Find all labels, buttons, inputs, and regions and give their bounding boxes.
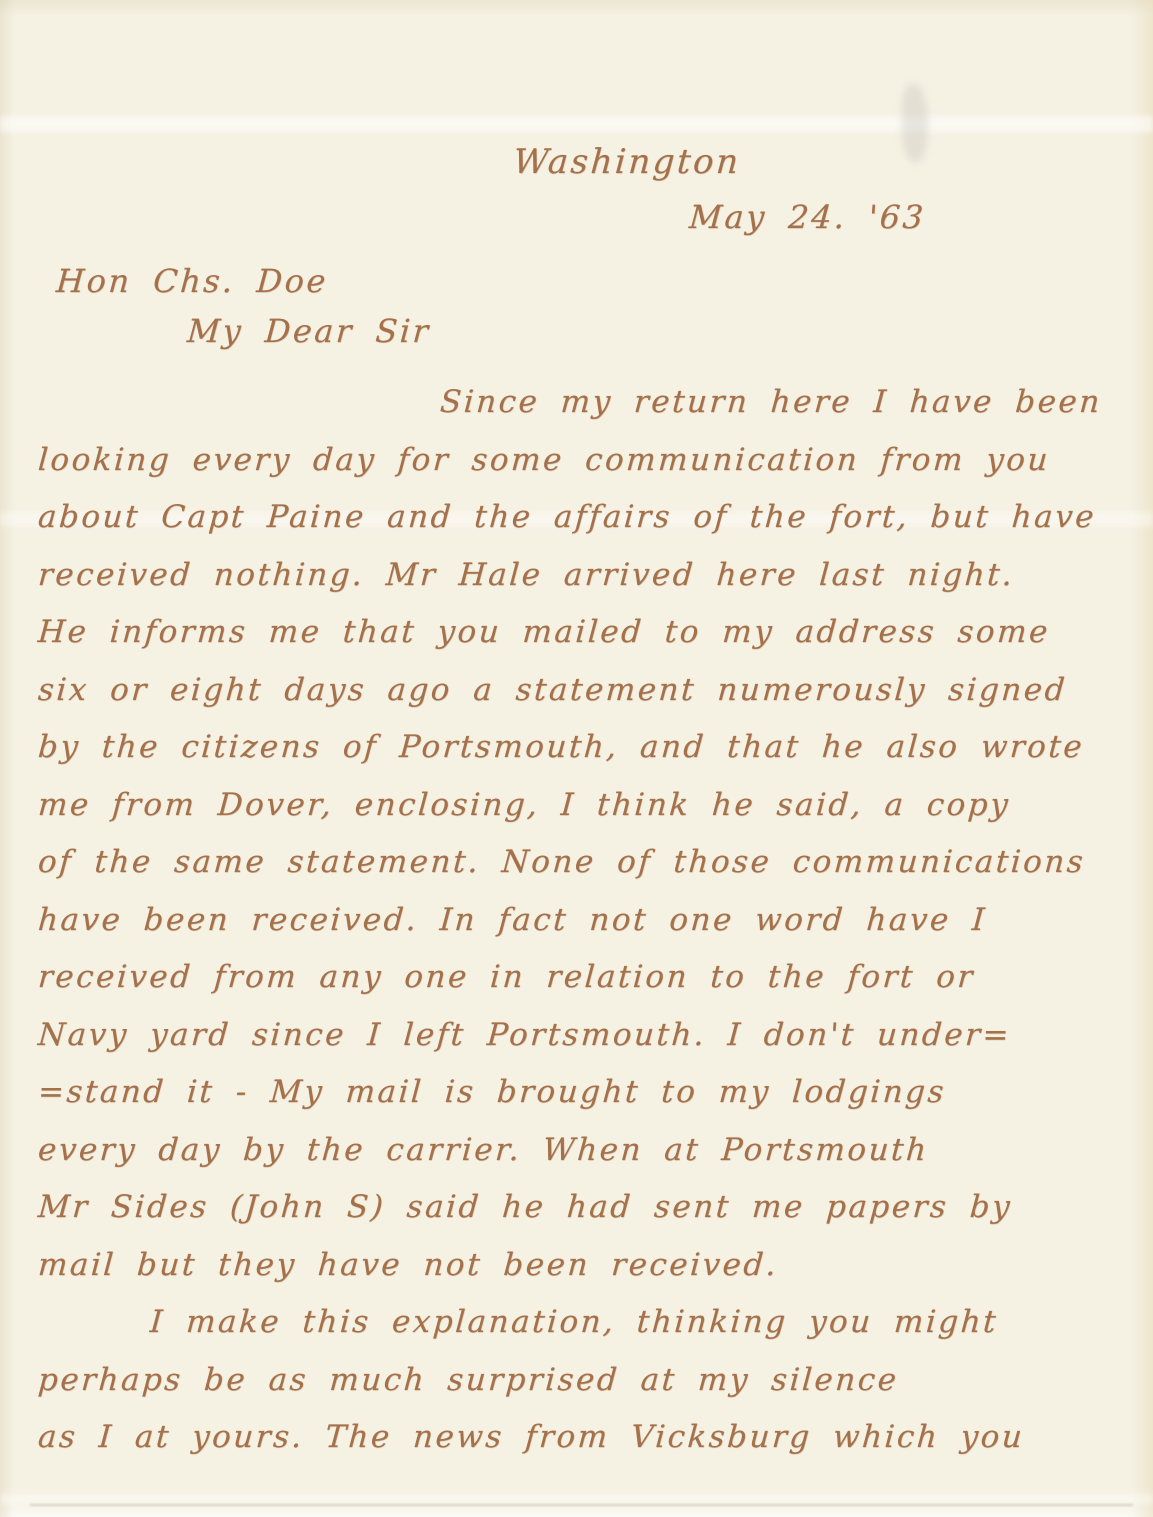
letter-line: have been received. In fact not one word… xyxy=(36,892,1127,950)
scan-smudge xyxy=(902,84,928,162)
letter-line: Mr Sides (John S) said he had sent me pa… xyxy=(36,1179,1127,1237)
letter-salutation: My Dear Sir xyxy=(186,312,432,350)
letter-line: Since my return here I have been xyxy=(36,374,1127,432)
letter-recipient: Hon Chs. Doe xyxy=(55,262,329,300)
letter-line: He informs me that you mailed to my addr… xyxy=(36,604,1127,662)
scan-artifact-band xyxy=(0,116,1153,132)
page-bottom-edge xyxy=(30,1504,1133,1506)
letter-line: by the citizens of Portsmouth, and that … xyxy=(36,719,1127,777)
letter-line: perhaps be as much surprised at my silen… xyxy=(36,1352,1127,1410)
letter-line: me from Dover, enclosing, I think he sai… xyxy=(36,777,1127,835)
letter-line: as I at yours. The news from Vicksburg w… xyxy=(36,1409,1127,1467)
letter-line: looking every day for some communication… xyxy=(36,432,1127,490)
letter-line: received from any one in relation to the… xyxy=(36,949,1127,1007)
letter-body: Since my return here I have been looking… xyxy=(36,374,1123,1467)
letter-line: received nothing. Mr Hale arrived here l… xyxy=(36,547,1127,605)
letter-line: every day by the carrier. When at Portsm… xyxy=(36,1122,1127,1180)
letter-line: mail but they have not been received. xyxy=(36,1237,1127,1295)
letter-line: I make this explanation, thinking you mi… xyxy=(36,1294,1127,1352)
letter-line: Navy yard since I left Portsmouth. I don… xyxy=(36,1007,1127,1065)
letter-line: of the same statement. None of those com… xyxy=(36,834,1127,892)
letter-page: Washington May 24. '63 Hon Chs. Doe My D… xyxy=(0,0,1153,1517)
letter-place: Washington xyxy=(512,142,742,182)
letter-line: six or eight days ago a statement numero… xyxy=(36,662,1127,720)
letter-date: May 24. '63 xyxy=(688,198,927,236)
scan-artifact-band xyxy=(0,1494,1153,1504)
letter-line: about Capt Paine and the affairs of the … xyxy=(36,489,1127,547)
letter-line: =stand it - My mail is brought to my lod… xyxy=(36,1064,1127,1122)
